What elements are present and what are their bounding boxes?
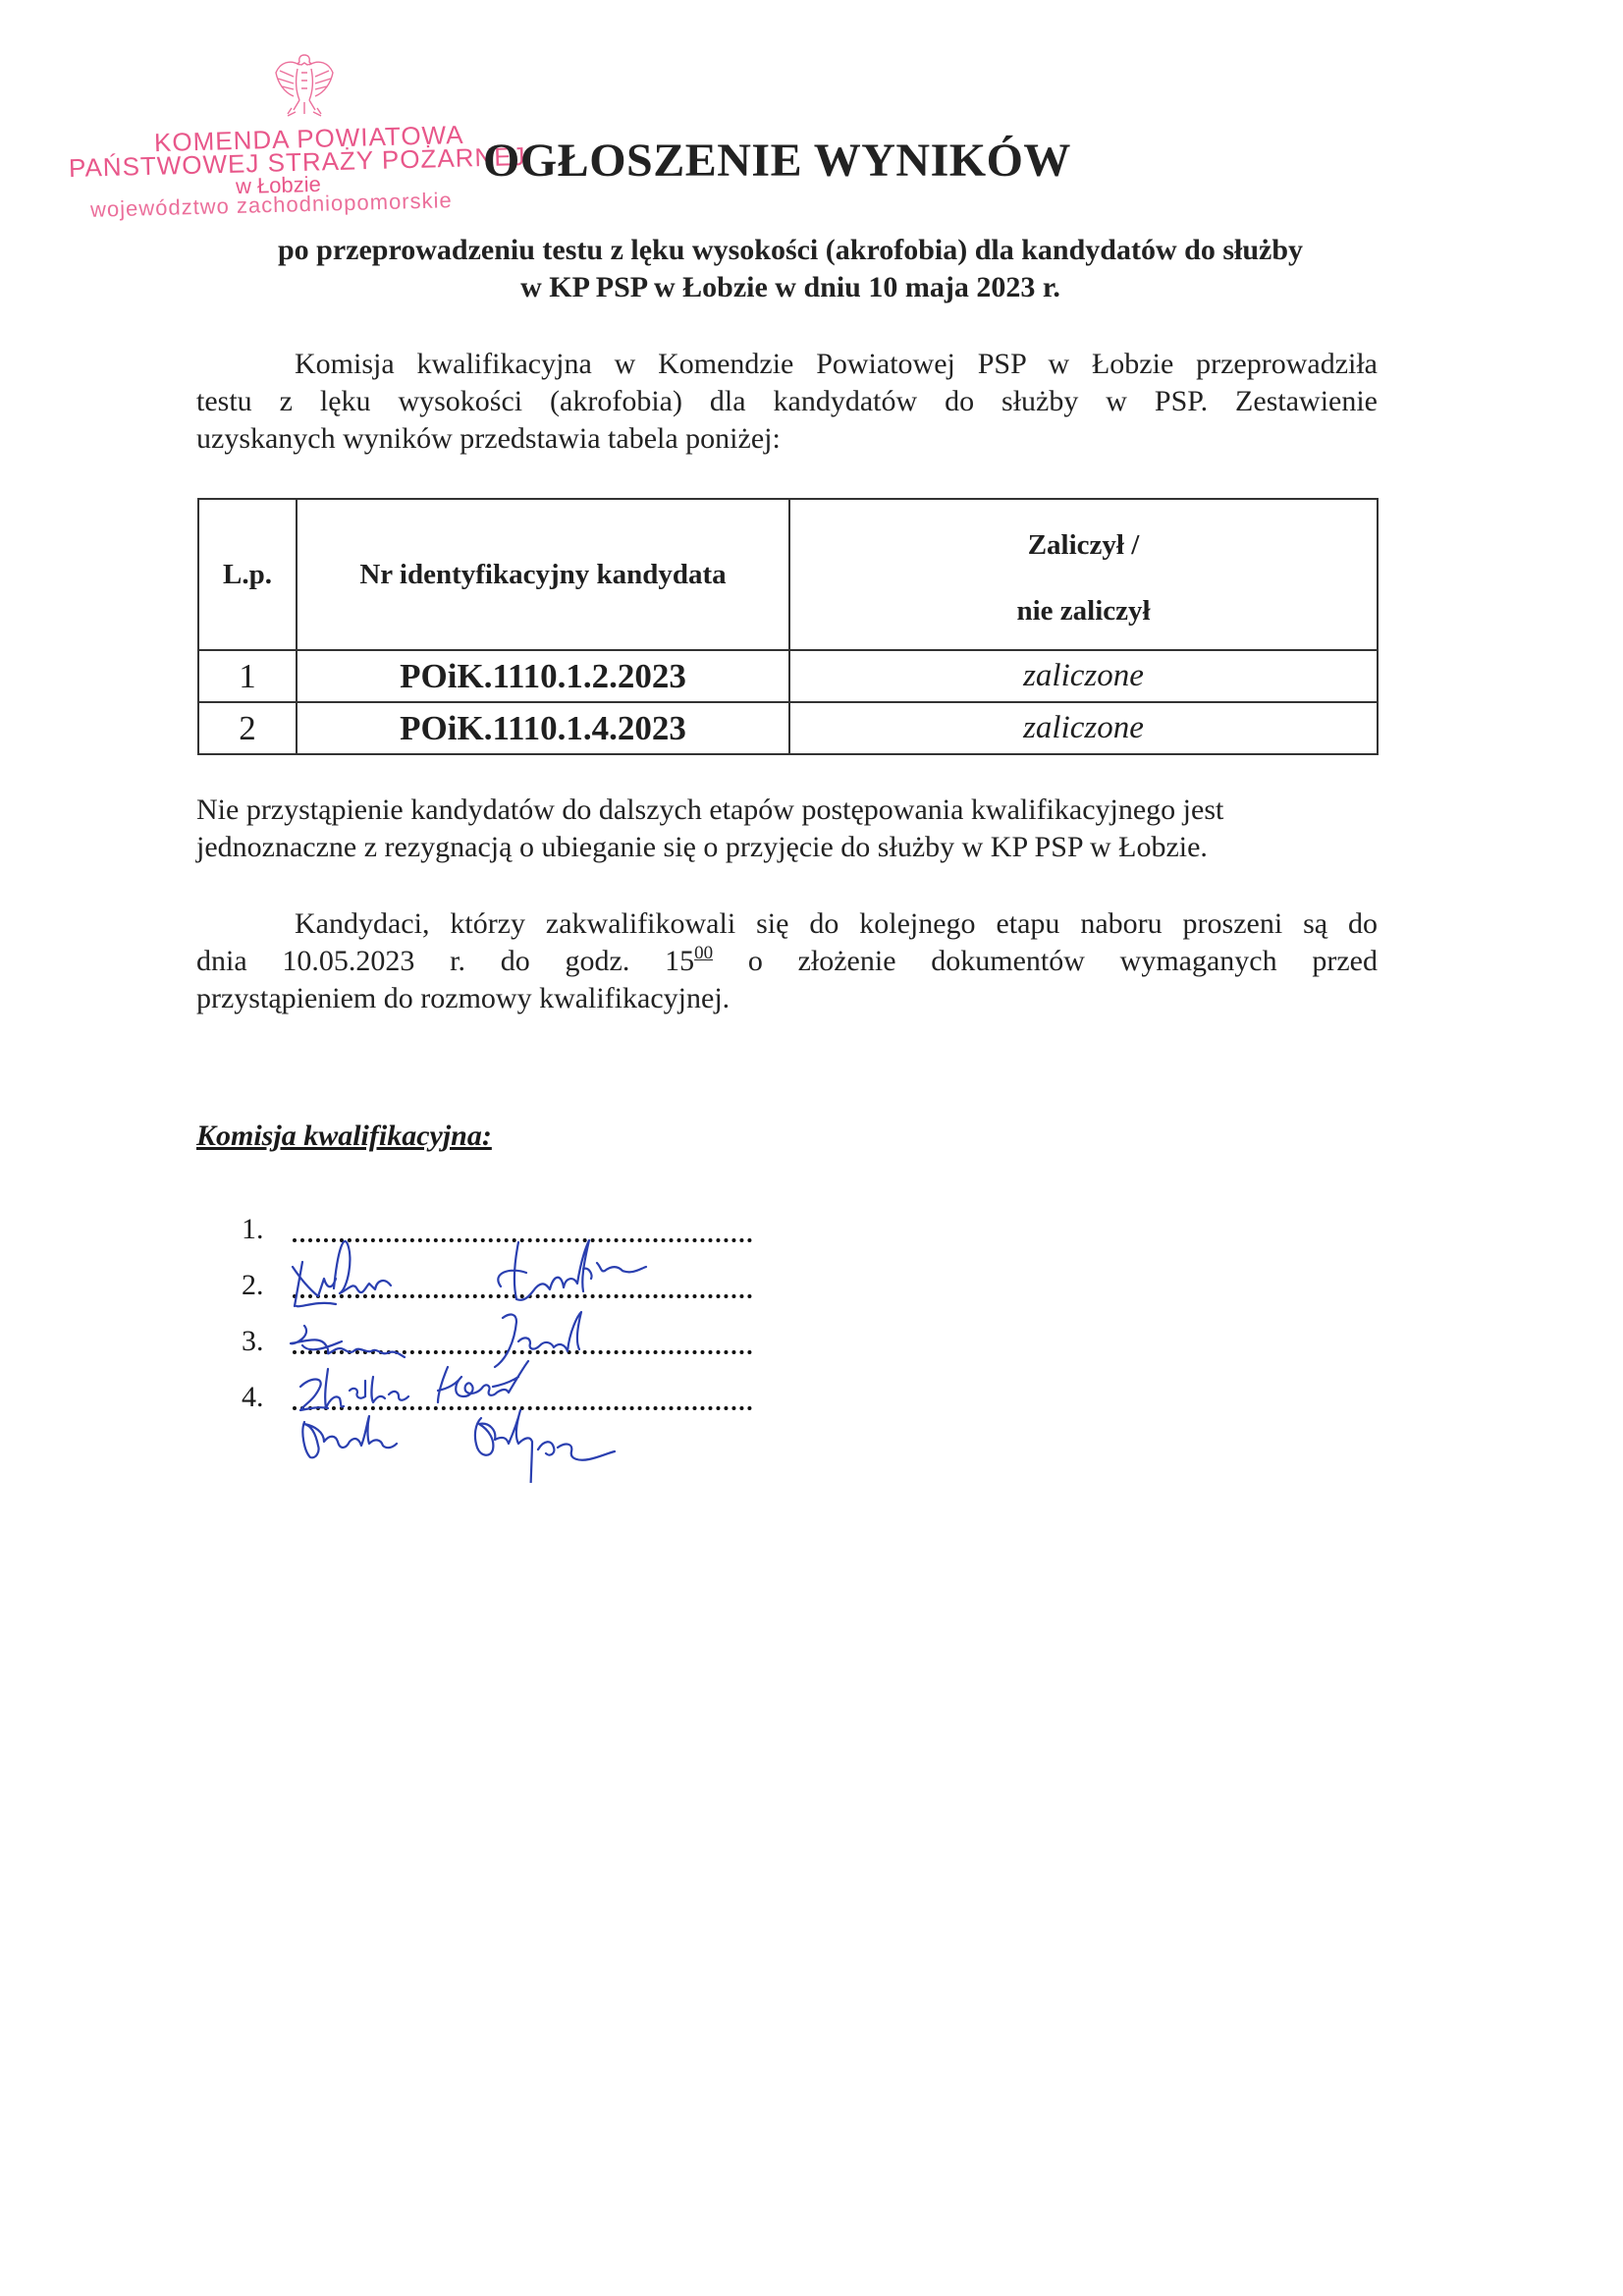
subtitle-line-2: w KP PSP w Łobzie w dniu 10 maja 2023 r. <box>177 269 1404 306</box>
deadline-line-2-text: dnia 10.05.2023 r. do godz. 15 <box>196 945 694 977</box>
intro-line-3: uzyskanych wyników przedstawia tabela po… <box>196 420 1378 458</box>
cell-lp: 1 <box>198 650 297 702</box>
intro-paragraph: Komisja kwalifikacyjna w Komendzie Powia… <box>196 346 1378 458</box>
cell-lp: 2 <box>198 702 297 754</box>
signature-number: 4. <box>242 1381 264 1414</box>
cell-result: zaliczone <box>789 650 1378 702</box>
deadline-line-2-rest: o złożenie dokumentów wymaganych przed <box>713 945 1378 977</box>
header-result-line-2: nie zaliczył <box>790 595 1377 628</box>
header-result: Zaliczył / nie zaliczył <box>789 499 1378 650</box>
notice-line-1: Nie przystąpienie kandydatów do dalszych… <box>196 792 1378 829</box>
committee-section: Komisja kwalifikacyjna: <box>196 1120 492 1153</box>
signature-strokes-icon <box>275 1159 864 1483</box>
signature-number: 2. <box>242 1269 264 1302</box>
document-subtitle: po przeprowadzeniu testu z lęku wysokośc… <box>177 232 1404 306</box>
cell-result: zaliczone <box>789 702 1378 754</box>
header-candidate-id: Nr identyfikacyjny kandydata <box>297 499 789 650</box>
signature-number: 3. <box>242 1325 264 1358</box>
deadline-time-minutes: 00 <box>694 943 713 963</box>
deadline-paragraph: Kandydaci, którzy zakwalifikowali się do… <box>196 905 1378 1017</box>
handwritten-signatures <box>275 1159 864 1483</box>
cell-candidate-id: POiK.1110.1.4.2023 <box>297 702 789 754</box>
notice-line-2: jednoznaczne z rezygnacją o ubieganie si… <box>196 829 1378 866</box>
subtitle-line-1: po przeprowadzeniu testu z lęku wysokośc… <box>177 232 1404 269</box>
cell-candidate-id: POiK.1110.1.2.2023 <box>297 650 789 702</box>
notice-paragraph: Nie przystąpienie kandydatów do dalszych… <box>196 792 1378 866</box>
header-lp: L.p. <box>198 499 297 650</box>
stamp-line-4: województwo zachodniopomorskie <box>90 188 453 223</box>
table-header-row: L.p. Nr identyfikacyjny kandydata Zalicz… <box>198 499 1378 650</box>
document-page: KOMENDA POWIATOWA PAŃSTWOWEJ STRAŻY POŻA… <box>0 0 1623 2296</box>
signature-number: 1. <box>242 1213 264 1246</box>
deadline-line-1: Kandydaci, którzy zakwalifikowali się do… <box>295 907 1378 940</box>
results-table: L.p. Nr identyfikacyjny kandydata Zalicz… <box>197 498 1379 755</box>
committee-heading: Komisja kwalifikacyjna: <box>196 1120 492 1153</box>
polish-eagle-emblem-icon <box>270 49 339 120</box>
table-row: 2 POiK.1110.1.4.2023 zaliczone <box>198 702 1378 754</box>
table-row: 1 POiK.1110.1.2.2023 zaliczone <box>198 650 1378 702</box>
intro-line-1: Komisja kwalifikacyjna w Komendzie Powia… <box>295 348 1378 380</box>
office-stamp: KOMENDA POWIATOWA PAŃSTWOWEJ STRAŻY POŻA… <box>69 49 511 226</box>
deadline-line-3: przystąpieniem do rozmowy kwalifikacyjne… <box>196 980 1378 1017</box>
deadline-line-2: dnia 10.05.2023 r. do godz. 1500 o złoże… <box>196 943 1378 980</box>
intro-line-2: testu z lęku wysokości (akrofobia) dla k… <box>196 383 1378 420</box>
header-result-line-1: Zaliczył / <box>790 529 1377 562</box>
document-title: OGŁOSZENIE WYNIKÓW <box>483 134 1071 188</box>
